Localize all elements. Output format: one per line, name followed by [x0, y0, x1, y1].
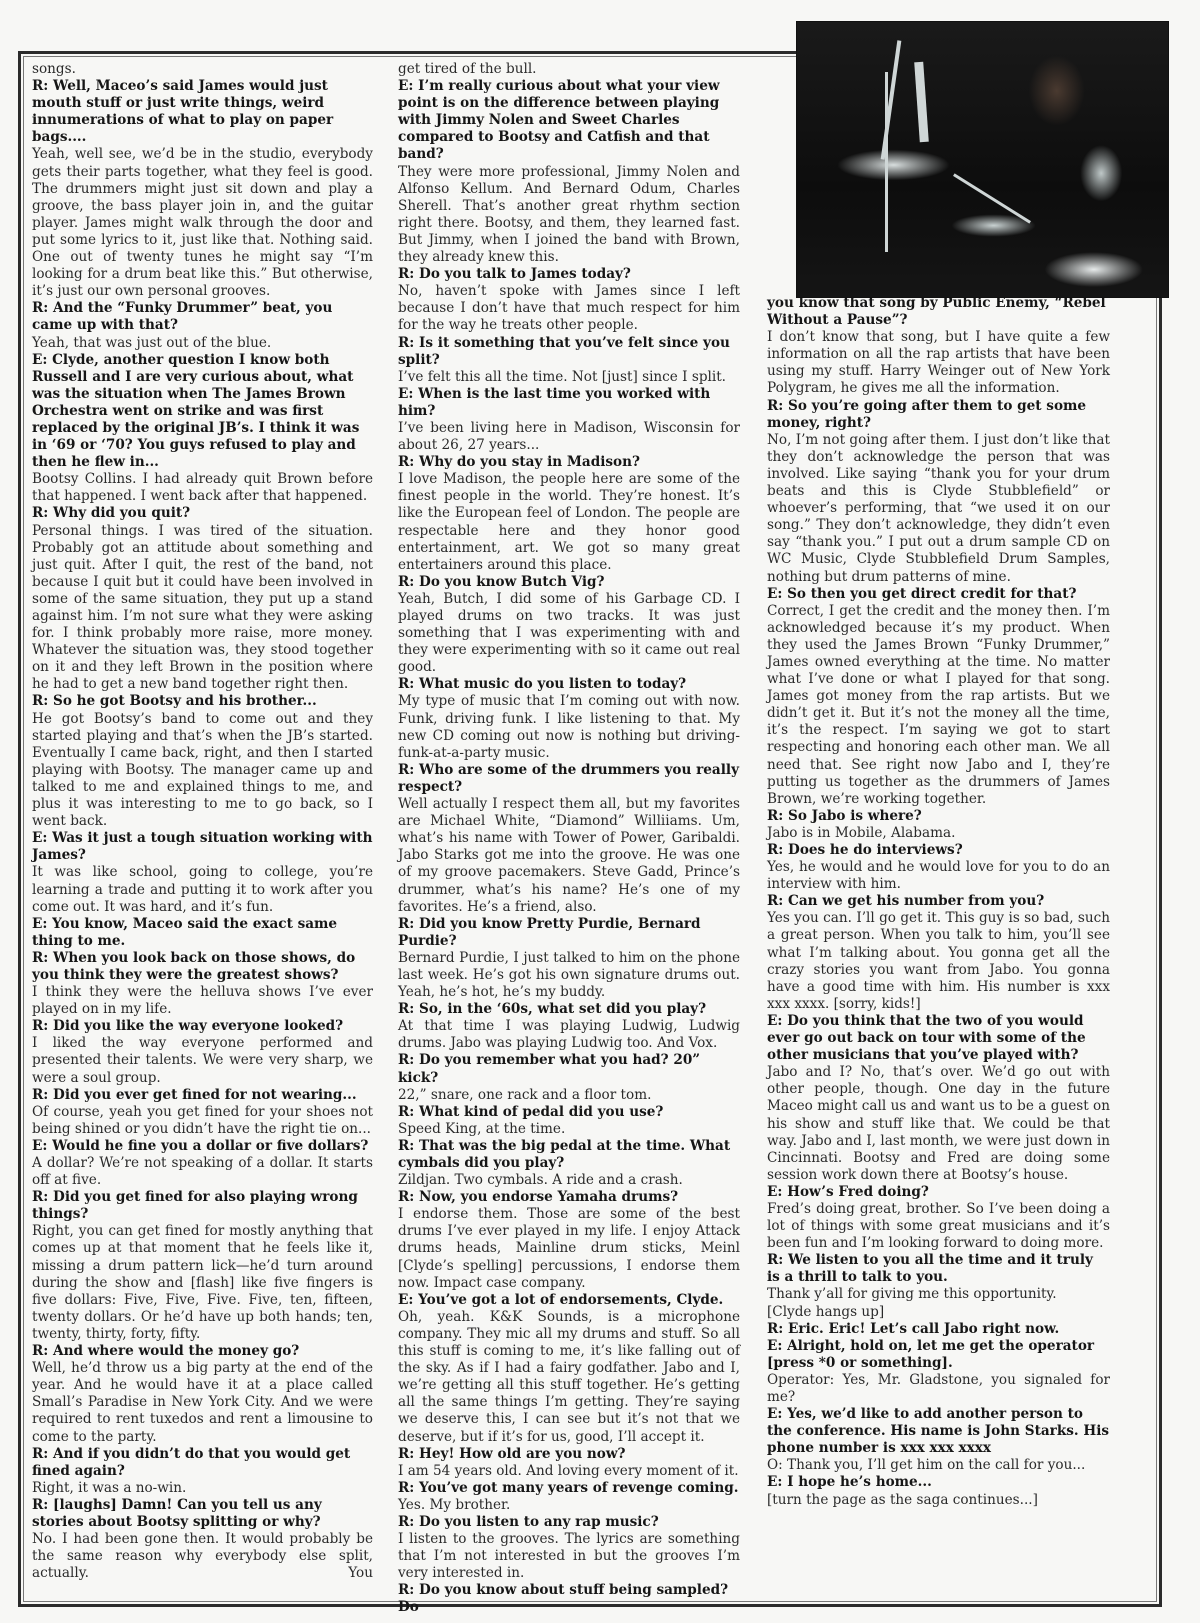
interview-answer: I endorse them. Those are some of the be… — [398, 1206, 740, 1291]
interview-question: R: What kind of pedal did you use? — [398, 1104, 740, 1121]
interview-question: R: Can we get his number from you? — [767, 893, 1110, 910]
interview-question: R: Eric. Eric! Let’s call Jabo right now… — [767, 1321, 1110, 1338]
interview-answer: No, haven’t spoke with James since I lef… — [398, 283, 740, 334]
interview-answer: Yes. My brother. — [398, 1497, 740, 1514]
interview-answer: get tired of the bull. — [398, 61, 740, 78]
article-column-1: songs.R: Well, Maceo’s said James would … — [32, 61, 373, 1582]
interview-question: R: Hey! How old are you now? — [398, 1446, 740, 1463]
interview-question: R: That was the big pedal at the time. W… — [398, 1138, 740, 1172]
interview-question: R: So, in the ‘60s, what set did you pla… — [398, 1001, 740, 1018]
drumstick-decor — [953, 173, 1031, 223]
interview-question: R: When you look back on those shows, do… — [32, 950, 373, 984]
interview-answer: I don’t know that song, but I have quite… — [767, 329, 1110, 397]
interview-question: R: Did you ever get fined for not wearin… — [32, 1087, 373, 1104]
interview-answer: Thank y’all for giving me this opportuni… — [767, 1286, 1110, 1303]
interview-answer: Zildjan. Two cymbals. A ride and a crash… — [398, 1172, 740, 1189]
interview-question: R: Well, Maceo’s said James would just m… — [32, 78, 373, 146]
interview-answer: O: Thank you, I’ll get him on the call f… — [767, 1457, 1110, 1474]
interview-answer: Fred’s doing great, brother. So I’ve bee… — [767, 1201, 1110, 1252]
interview-question: R: Why did you quit? — [32, 505, 373, 522]
interview-question: E: Would he fine you a dollar or five do… — [32, 1138, 373, 1155]
interview-question: E: So then you get direct credit for tha… — [767, 586, 1110, 603]
interview-question: E: Clyde, another question I know both R… — [32, 352, 373, 472]
interview-question: R: Now, you endorse Yamaha drums? — [398, 1189, 740, 1206]
interview-answer: Right, you can get fined for mostly anyt… — [32, 1223, 373, 1343]
interview-question: R: Is it something that you’ve felt sinc… — [398, 335, 740, 369]
interview-question: R: You’ve got many years of revenge comi… — [398, 1480, 740, 1497]
interview-answer: Well, he’d throw us a big party at the e… — [32, 1360, 373, 1445]
interview-answer: Operator: Yes, Mr. Gladstone, you signal… — [767, 1372, 1110, 1406]
interview-answer: I am 54 years old. And loving every mome… — [398, 1463, 740, 1480]
interview-answer: I’ve felt this all the time. Not [just] … — [398, 369, 740, 386]
interview-question: E: You’ve got a lot of endorsements, Cly… — [398, 1292, 740, 1309]
interview-answer: At that time I was playing Ludwig, Ludwi… — [398, 1018, 740, 1052]
interview-question: R: So he got Bootsy and his brother... — [32, 693, 373, 710]
interview-answer: Bernard Purdie, I just talked to him on … — [398, 950, 740, 1001]
drummer-photo — [796, 21, 1169, 298]
interview-question: R: Why do you stay in Madison? — [398, 454, 740, 471]
interview-question: R: What music do you listen to today? — [398, 676, 740, 693]
interview-question: E: Do you think that the two of you woul… — [767, 1013, 1110, 1064]
article-column-3: you know that song by Public Enemy, “Reb… — [767, 295, 1110, 1509]
interview-question: E: I hope he’s home... — [767, 1474, 1110, 1491]
interview-answer: Correct, I get the credit and the money … — [767, 603, 1110, 808]
interview-answer: No. I had been gone then. It would proba… — [32, 1531, 373, 1582]
interview-question: R: Do you listen to any rap music? — [398, 1514, 740, 1531]
interview-question: R: Did you know Pretty Purdie, Bernard P… — [398, 916, 740, 950]
interview-answer: Right, it was a no-win. — [32, 1480, 373, 1497]
interview-question: R: Do you know Butch Vig? — [398, 574, 740, 591]
article-column-2: get tired of the bull.E: I’m really curi… — [398, 61, 740, 1617]
interview-question: R: Who are some of the drummers you real… — [398, 762, 740, 796]
interview-question: R: And if you didn’t do that you would g… — [32, 1446, 373, 1480]
interview-answer: I love Madison, the people here are some… — [398, 471, 740, 574]
mic-stand-decor — [881, 40, 902, 159]
interview-answer: [turn the page as the saga continues...] — [767, 1492, 1110, 1509]
interview-answer: Yes, he would and he would love for you … — [767, 859, 1110, 893]
interview-question: R: Do you remember what you had? 20” kic… — [398, 1052, 740, 1086]
interview-answer: songs. — [32, 61, 373, 78]
interview-answer: Speed King, at the time. — [398, 1121, 740, 1138]
interview-answer: Yeah, Butch, I did some of his Garbage C… — [398, 591, 740, 676]
interview-answer: 22,” snare, one rack and a floor tom. — [398, 1087, 740, 1104]
interview-answer: Jabo and I? No, that’s over. We’d go out… — [767, 1064, 1110, 1184]
interview-answer: It was like school, going to college, yo… — [32, 864, 373, 915]
interview-answer: I think they were the helluva shows I’ve… — [32, 984, 373, 1018]
interview-question: R: And where would the money go? — [32, 1343, 373, 1360]
interview-question: R: [laughs] Damn! Can you tell us any st… — [32, 1497, 373, 1531]
interview-question: R: Do you talk to James today? — [398, 266, 740, 283]
interview-answer: I listen to the grooves. The lyrics are … — [398, 1531, 740, 1582]
interview-question: E: When is the last time you worked with… — [398, 386, 740, 420]
interview-answer: Bootsy Collins. I had already quit Brown… — [32, 471, 373, 505]
interview-answer: Of course, yeah you get fined for your s… — [32, 1104, 373, 1138]
interview-answer: Yes you can. I’ll go get it. This guy is… — [767, 910, 1110, 1013]
interview-question: E: I’m really curious about what your vi… — [398, 78, 740, 163]
interview-question: R: Does he do interviews? — [767, 842, 1110, 859]
interview-question: E: Alright, hold on, let me get the oper… — [767, 1338, 1110, 1372]
interview-question: R: We listen to you all the time and it … — [767, 1252, 1110, 1286]
interview-question: E: Yes, we’d like to add another person … — [767, 1406, 1110, 1457]
interview-question: R: So you’re going after them to get som… — [767, 398, 1110, 432]
cymbal-stand-decor — [885, 72, 888, 252]
interview-answer: Jabo is in Mobile, Alabama. — [767, 825, 1110, 842]
interview-answer: Personal things. I was tired of the situ… — [32, 523, 373, 694]
interview-question: E: How’s Fred doing? — [767, 1184, 1110, 1201]
interview-question: R: Did you like the way everyone looked? — [32, 1018, 373, 1035]
interview-answer: Yeah, that was just out of the blue. — [32, 335, 373, 352]
interview-answer: My type of music that I’m coming out wit… — [398, 693, 740, 761]
interview-question: R: So Jabo is where? — [767, 808, 1110, 825]
interview-answer: Well actually I respect them all, but my… — [398, 796, 740, 916]
interview-question: E: Was it just a tough situation working… — [32, 830, 373, 864]
interview-answer: He got Bootsy’s band to come out and the… — [32, 711, 373, 831]
interview-question: E: You know, Maceo said the exact same t… — [32, 916, 373, 950]
interview-answer: I’ve been living here in Madison, Wiscon… — [398, 420, 740, 454]
interview-answer: Oh, yeah. K&K Sounds, is a microphone co… — [398, 1309, 740, 1446]
interview-answer: [Clyde hangs up] — [767, 1304, 1110, 1321]
interview-answer: A dollar? We’re not speaking of a dollar… — [32, 1155, 373, 1189]
interview-question: R: Do you know about stuff being sampled… — [398, 1582, 740, 1616]
interview-question: R: Did you get fined for also playing wr… — [32, 1189, 373, 1223]
interview-answer: No, I’m not going after them. I just don… — [767, 432, 1110, 586]
interview-answer: I liked the way everyone performed and p… — [32, 1035, 373, 1086]
interview-question: R: And the “Funky Drummer” beat, you cam… — [32, 300, 373, 334]
interview-answer: Yeah, well see, we’d be in the studio, e… — [32, 146, 373, 300]
mic-decor — [914, 62, 929, 142]
interview-answer: They were more professional, Jimmy Nolen… — [398, 164, 740, 267]
interview-question: you know that song by Public Enemy, “Reb… — [767, 295, 1110, 329]
